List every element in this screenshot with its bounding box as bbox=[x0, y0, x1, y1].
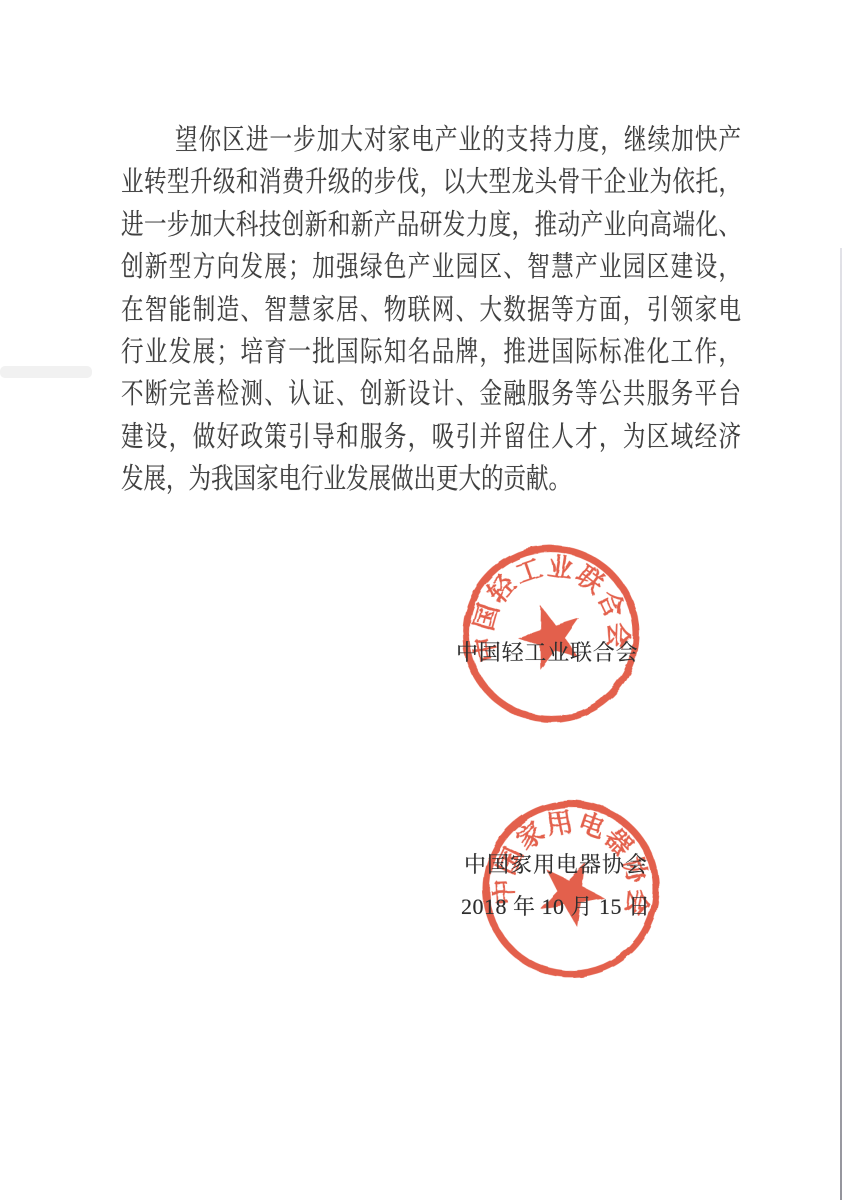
letter-body: 望你区进一步加大对家电产业的支持力度，继续加快产 业转型升级和消费升级的步伐，以… bbox=[121, 119, 741, 501]
seal-stamp-light-industry-council: 中国轻工业联合会 bbox=[441, 524, 661, 744]
signature-org-light-industry-council: 中国轻工业联合会 bbox=[456, 640, 638, 666]
signature-date: 2018 年 10 月 15 日 bbox=[461, 894, 651, 920]
body-text-line: 发展，为我国家电行业发展做出更大的贡献。 bbox=[121, 453, 741, 506]
scan-smudge bbox=[0, 366, 92, 378]
document-page: 望你区进一步加大对家电产业的支持力度，继续加快产 业转型升级和消费升级的步伐，以… bbox=[0, 0, 848, 1200]
seal-stamp-household-appliances-association: 中国家用电器协会 bbox=[461, 779, 681, 999]
signature-org-household-appliances-association: 中国家用电器协会 bbox=[464, 852, 648, 878]
scan-edge-line bbox=[840, 248, 842, 1200]
